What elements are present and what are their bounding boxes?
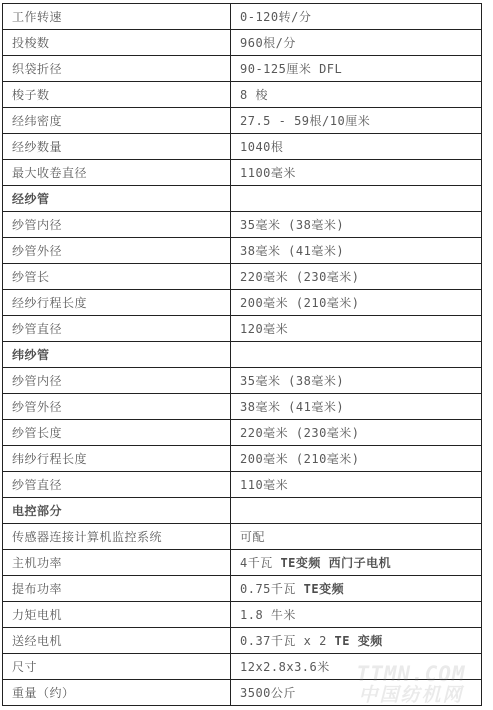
row-value (231, 498, 482, 524)
row-value: 4千瓦 TE变频 西门子电机 (231, 550, 482, 576)
row-label: 尺寸 (3, 654, 231, 680)
table-row: 纱管直径120毫米 (3, 316, 482, 342)
table-row: 力矩电机1.8 牛米 (3, 602, 482, 628)
table-row: 尺寸12x2.8x3.6米 (3, 654, 482, 680)
row-label: 纱管长度 (3, 420, 231, 446)
table-row: 最大收卷直径1100毫米 (3, 160, 482, 186)
row-label: 力矩电机 (3, 602, 231, 628)
row-label: 重量（约） (3, 680, 231, 706)
row-value: 120毫米 (231, 316, 482, 342)
row-value: 0.75千瓦 TE变频 (231, 576, 482, 602)
table-row: 工作转速0-120转/分 (3, 4, 482, 30)
row-label: 纬纱行程长度 (3, 446, 231, 472)
row-value: 38毫米 (41毫米) (231, 238, 482, 264)
table-row: 纱管长220毫米 (230毫米) (3, 264, 482, 290)
table-row: 纱管内径35毫米 (38毫米) (3, 368, 482, 394)
row-label: 纱管长 (3, 264, 231, 290)
row-value: 0-120转/分 (231, 4, 482, 30)
row-value: 960根/分 (231, 30, 482, 56)
row-value: 3500公斤 (231, 680, 482, 706)
table-row: 纱管外径38毫米 (41毫米) (3, 394, 482, 420)
row-value: 220毫米 (230毫米) (231, 264, 482, 290)
table-row: 纱管外径38毫米 (41毫米) (3, 238, 482, 264)
table-row: 主机功率4千瓦 TE变频 西门子电机 (3, 550, 482, 576)
value-part: 0.37千瓦 x 2 (240, 634, 335, 648)
row-label: 送经电机 (3, 628, 231, 654)
table-row: 梭子数8 梭 (3, 82, 482, 108)
value-part: 4千瓦 (240, 556, 280, 570)
row-value: 1.8 牛米 (231, 602, 482, 628)
row-label: 投梭数 (3, 30, 231, 56)
row-value: 可配 (231, 524, 482, 550)
row-label: 最大收卷直径 (3, 160, 231, 186)
row-value: 35毫米 (38毫米) (231, 368, 482, 394)
row-value (231, 186, 482, 212)
row-label: 电控部分 (3, 498, 231, 524)
row-value: 200毫米 (210毫米) (231, 290, 482, 316)
spec-table: 工作转速0-120转/分投梭数960根/分织袋折径90-125厘米 DFL梭子数… (2, 3, 482, 706)
row-label: 纱管直径 (3, 472, 231, 498)
row-value: 1100毫米 (231, 160, 482, 186)
row-label: 提布功率 (3, 576, 231, 602)
row-value: 220毫米 (230毫米) (231, 420, 482, 446)
row-value: 12x2.8x3.6米 (231, 654, 482, 680)
table-row: 传感器连接计算机监控系统可配 (3, 524, 482, 550)
table-row: 经纱行程长度200毫米 (210毫米) (3, 290, 482, 316)
table-row: 重量（约）3500公斤 (3, 680, 482, 706)
section-row: 纬纱管 (3, 342, 482, 368)
spec-table-body: 工作转速0-120转/分投梭数960根/分织袋折径90-125厘米 DFL梭子数… (3, 4, 482, 706)
row-label: 纱管外径 (3, 394, 231, 420)
row-label: 传感器连接计算机监控系统 (3, 524, 231, 550)
row-value: 1040根 (231, 134, 482, 160)
table-row: 纱管内径35毫米 (38毫米) (3, 212, 482, 238)
row-label: 经纱管 (3, 186, 231, 212)
row-label: 纱管内径 (3, 212, 231, 238)
section-row: 经纱管 (3, 186, 482, 212)
value-part-bold: TE变频 西门子电机 (280, 556, 391, 570)
row-label: 主机功率 (3, 550, 231, 576)
row-value: 38毫米 (41毫米) (231, 394, 482, 420)
row-value: 0.37千瓦 x 2 TE 变频 (231, 628, 482, 654)
row-value: 8 梭 (231, 82, 482, 108)
row-label: 纬纱管 (3, 342, 231, 368)
row-value: 110毫米 (231, 472, 482, 498)
row-value: 27.5 - 59根/10厘米 (231, 108, 482, 134)
value-part: 0.75千瓦 (240, 582, 304, 596)
table-row: 纱管长度220毫米 (230毫米) (3, 420, 482, 446)
table-row: 纱管直径110毫米 (3, 472, 482, 498)
spec-sheet: { "table": { "border_color": "#222222", … (0, 0, 493, 710)
row-label: 织袋折径 (3, 56, 231, 82)
row-label: 经纱行程长度 (3, 290, 231, 316)
row-label: 工作转速 (3, 4, 231, 30)
value-part-bold: TE变频 (304, 582, 344, 596)
table-row: 织袋折径90-125厘米 DFL (3, 56, 482, 82)
row-label: 纱管直径 (3, 316, 231, 342)
table-row: 经纱数量1040根 (3, 134, 482, 160)
section-row: 电控部分 (3, 498, 482, 524)
table-row: 投梭数960根/分 (3, 30, 482, 56)
row-value: 90-125厘米 DFL (231, 56, 482, 82)
table-row: 纬纱行程长度200毫米 (210毫米) (3, 446, 482, 472)
row-value: 35毫米 (38毫米) (231, 212, 482, 238)
table-row: 提布功率0.75千瓦 TE变频 (3, 576, 482, 602)
row-label: 纱管外径 (3, 238, 231, 264)
table-row: 送经电机0.37千瓦 x 2 TE 变频 (3, 628, 482, 654)
row-label: 梭子数 (3, 82, 231, 108)
row-label: 纱管内径 (3, 368, 231, 394)
row-label: 经纱数量 (3, 134, 231, 160)
table-row: 经纬密度27.5 - 59根/10厘米 (3, 108, 482, 134)
row-value (231, 342, 482, 368)
row-value: 200毫米 (210毫米) (231, 446, 482, 472)
value-part-bold: TE 变频 (335, 634, 383, 648)
row-label: 经纬密度 (3, 108, 231, 134)
